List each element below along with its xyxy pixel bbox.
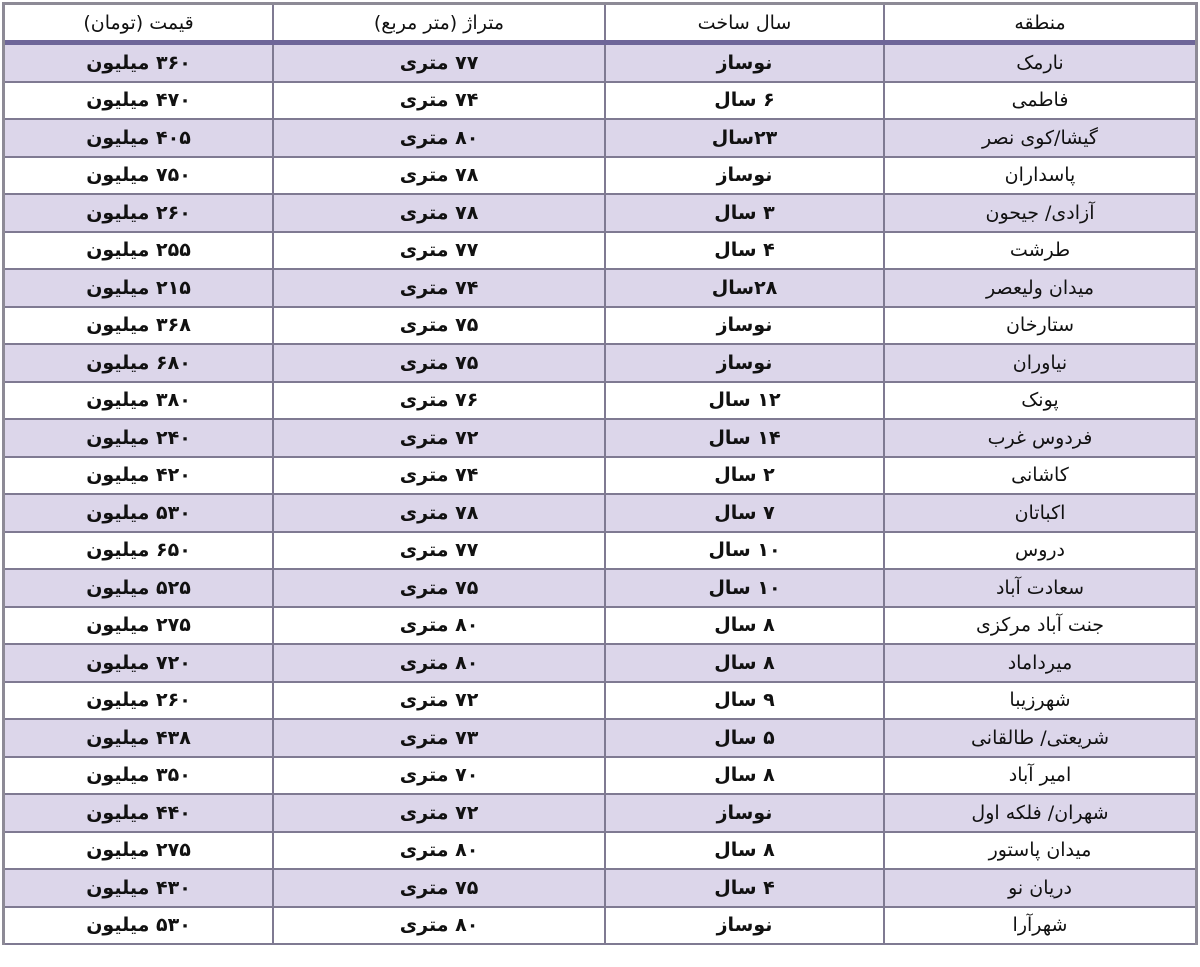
cell-price: ۳۶۸ میلیون bbox=[5, 308, 272, 344]
table-row: پاسداراننوساز۷۸ متری۷۵۰ میلیون bbox=[5, 158, 1195, 196]
table-row: نیاوراننوساز۷۵ متری۶۸۰ میلیون bbox=[5, 345, 1195, 383]
table-row: پونک۱۲ سال۷۶ متری۳۸۰ میلیون bbox=[5, 383, 1195, 421]
cell-size: ۷۳ متری bbox=[272, 720, 604, 756]
cell-build-year: ۶ سال bbox=[604, 83, 883, 119]
cell-build-year: ۱۲ سال bbox=[604, 383, 883, 419]
cell-area: پونک bbox=[883, 383, 1195, 419]
cell-build-year: ۷ سال bbox=[604, 495, 883, 531]
header-size: متراژ (متر مربع) bbox=[272, 5, 604, 40]
cell-size: ۷۲ متری bbox=[272, 420, 604, 456]
cell-price: ۲۷۵ میلیون bbox=[5, 608, 272, 644]
table-row: دریان نو۴ سال۷۵ متری۴۳۰ میلیون bbox=[5, 870, 1195, 908]
cell-price: ۲۱۵ میلیون bbox=[5, 270, 272, 306]
cell-price: ۲۶۰ میلیون bbox=[5, 683, 272, 719]
cell-price: ۲۷۵ میلیون bbox=[5, 833, 272, 869]
cell-size: ۸۰ متری bbox=[272, 120, 604, 156]
cell-area: امیر آباد bbox=[883, 758, 1195, 794]
table-row: فاطمی۶ سال۷۴ متری۴۷۰ میلیون bbox=[5, 83, 1195, 121]
cell-price: ۳۸۰ میلیون bbox=[5, 383, 272, 419]
cell-price: ۴۳۸ میلیون bbox=[5, 720, 272, 756]
cell-size: ۷۷ متری bbox=[272, 233, 604, 269]
cell-price: ۲۴۰ میلیون bbox=[5, 420, 272, 456]
cell-build-year: ۱۰ سال bbox=[604, 533, 883, 569]
cell-area: دریان نو bbox=[883, 870, 1195, 906]
cell-price: ۴۰۵ میلیون bbox=[5, 120, 272, 156]
table-row: میرداماد۸ سال۸۰ متری۷۲۰ میلیون bbox=[5, 645, 1195, 683]
cell-price: ۵۲۵ میلیون bbox=[5, 570, 272, 606]
table-row: شهرزیبا۹ سال۷۲ متری۲۶۰ میلیون bbox=[5, 683, 1195, 721]
cell-area: شهرزیبا bbox=[883, 683, 1195, 719]
cell-build-year: ۵ سال bbox=[604, 720, 883, 756]
cell-size: ۸۰ متری bbox=[272, 908, 604, 944]
cell-area: میرداماد bbox=[883, 645, 1195, 681]
cell-size: ۷۷ متری bbox=[272, 45, 604, 81]
cell-area: ستارخان bbox=[883, 308, 1195, 344]
cell-size: ۷۵ متری bbox=[272, 870, 604, 906]
cell-area: شهران/ فلکه اول bbox=[883, 795, 1195, 831]
apartment-price-table: منطقه سال ساخت متراژ (متر مربع) قیمت (تو… bbox=[2, 2, 1198, 945]
cell-price: ۳۶۰ میلیون bbox=[5, 45, 272, 81]
cell-price: ۷۲۰ میلیون bbox=[5, 645, 272, 681]
cell-price: ۲۶۰ میلیون bbox=[5, 195, 272, 231]
cell-size: ۸۰ متری bbox=[272, 645, 604, 681]
cell-price: ۴۳۰ میلیون bbox=[5, 870, 272, 906]
cell-build-year: ۲ سال bbox=[604, 458, 883, 494]
table-row: دروس۱۰ سال۷۷ متری۶۵۰ میلیون bbox=[5, 533, 1195, 571]
cell-price: ۴۷۰ میلیون bbox=[5, 83, 272, 119]
cell-size: ۷۷ متری bbox=[272, 533, 604, 569]
cell-size: ۷۵ متری bbox=[272, 308, 604, 344]
cell-size: ۷۸ متری bbox=[272, 158, 604, 194]
cell-area: فردوس غرب bbox=[883, 420, 1195, 456]
table-row: سعادت آباد۱۰ سال۷۵ متری۵۲۵ میلیون bbox=[5, 570, 1195, 608]
cell-area: نارمک bbox=[883, 45, 1195, 81]
cell-area: پاسداران bbox=[883, 158, 1195, 194]
cell-build-year: نوساز bbox=[604, 308, 883, 344]
cell-price: ۲۵۵ میلیون bbox=[5, 233, 272, 269]
header-price: قیمت (تومان) bbox=[5, 5, 272, 40]
header-area: منطقه bbox=[883, 5, 1195, 40]
cell-build-year: ۸ سال bbox=[604, 645, 883, 681]
cell-area: فاطمی bbox=[883, 83, 1195, 119]
table-row: اکباتان۷ سال۷۸ متری۵۳۰ میلیون bbox=[5, 495, 1195, 533]
table-row: امیر آباد۸ سال۷۰ متری۳۵۰ میلیون bbox=[5, 758, 1195, 796]
cell-area: میدان پاستور bbox=[883, 833, 1195, 869]
cell-area: دروس bbox=[883, 533, 1195, 569]
table-row: میدان ولیعصر۲۸سال۷۴ متری۲۱۵ میلیون bbox=[5, 270, 1195, 308]
cell-size: ۸۰ متری bbox=[272, 608, 604, 644]
cell-size: ۷۴ متری bbox=[272, 458, 604, 494]
cell-size: ۷۵ متری bbox=[272, 345, 604, 381]
cell-build-year: ۱۴ سال bbox=[604, 420, 883, 456]
cell-area: جنت آباد مرکزی bbox=[883, 608, 1195, 644]
table-row: جنت آباد مرکزی۸ سال۸۰ متری۲۷۵ میلیون bbox=[5, 608, 1195, 646]
cell-size: ۷۸ متری bbox=[272, 495, 604, 531]
header-build-year: سال ساخت bbox=[604, 5, 883, 40]
cell-build-year: ۸ سال bbox=[604, 608, 883, 644]
table-row: شهران/ فلکه اولنوساز۷۲ متری۴۴۰ میلیون bbox=[5, 795, 1195, 833]
table-header-row: منطقه سال ساخت متراژ (متر مربع) قیمت (تو… bbox=[5, 5, 1195, 45]
cell-area: شهرآرا bbox=[883, 908, 1195, 944]
cell-price: ۵۳۰ میلیون bbox=[5, 908, 272, 944]
cell-build-year: ۲۳سال bbox=[604, 120, 883, 156]
cell-build-year: ۲۸سال bbox=[604, 270, 883, 306]
cell-price: ۵۳۰ میلیون bbox=[5, 495, 272, 531]
cell-area: میدان ولیعصر bbox=[883, 270, 1195, 306]
cell-size: ۷۰ متری bbox=[272, 758, 604, 794]
cell-size: ۷۲ متری bbox=[272, 795, 604, 831]
cell-build-year: نوساز bbox=[604, 345, 883, 381]
cell-size: ۷۴ متری bbox=[272, 83, 604, 119]
cell-build-year: ۳ سال bbox=[604, 195, 883, 231]
table-row: شهرآرانوساز۸۰ متری۵۳۰ میلیون bbox=[5, 908, 1195, 946]
cell-build-year: ۱۰ سال bbox=[604, 570, 883, 606]
cell-area: شریعتی/ طالقانی bbox=[883, 720, 1195, 756]
table-row: نارمکنوساز۷۷ متری۳۶۰ میلیون bbox=[5, 45, 1195, 83]
cell-build-year: ۸ سال bbox=[604, 758, 883, 794]
table-body: نارمکنوساز۷۷ متری۳۶۰ میلیونفاطمی۶ سال۷۴ … bbox=[5, 45, 1195, 945]
cell-build-year: نوساز bbox=[604, 908, 883, 944]
cell-area: سعادت آباد bbox=[883, 570, 1195, 606]
table-row: گیشا/کوی نصر۲۳سال۸۰ متری۴۰۵ میلیون bbox=[5, 120, 1195, 158]
cell-area: نیاوران bbox=[883, 345, 1195, 381]
cell-price: ۳۵۰ میلیون bbox=[5, 758, 272, 794]
cell-price: ۷۵۰ میلیون bbox=[5, 158, 272, 194]
cell-size: ۷۶ متری bbox=[272, 383, 604, 419]
cell-price: ۴۴۰ میلیون bbox=[5, 795, 272, 831]
table-row: آزادی/ جیحون۳ سال۷۸ متری۲۶۰ میلیون bbox=[5, 195, 1195, 233]
cell-size: ۷۴ متری bbox=[272, 270, 604, 306]
table-row: فردوس غرب۱۴ سال۷۲ متری۲۴۰ میلیون bbox=[5, 420, 1195, 458]
cell-size: ۷۸ متری bbox=[272, 195, 604, 231]
table-row: شریعتی/ طالقانی۵ سال۷۳ متری۴۳۸ میلیون bbox=[5, 720, 1195, 758]
cell-build-year: ۴ سال bbox=[604, 233, 883, 269]
cell-area: طرشت bbox=[883, 233, 1195, 269]
table-row: ستارخاننوساز۷۵ متری۳۶۸ میلیون bbox=[5, 308, 1195, 346]
cell-price: ۶۵۰ میلیون bbox=[5, 533, 272, 569]
cell-build-year: نوساز bbox=[604, 45, 883, 81]
table-row: طرشت۴ سال۷۷ متری۲۵۵ میلیون bbox=[5, 233, 1195, 271]
cell-price: ۴۲۰ میلیون bbox=[5, 458, 272, 494]
table-row: کاشانی۲ سال۷۴ متری۴۲۰ میلیون bbox=[5, 458, 1195, 496]
cell-price: ۶۸۰ میلیون bbox=[5, 345, 272, 381]
cell-build-year: نوساز bbox=[604, 795, 883, 831]
cell-size: ۷۵ متری bbox=[272, 570, 604, 606]
cell-area: کاشانی bbox=[883, 458, 1195, 494]
cell-size: ۷۲ متری bbox=[272, 683, 604, 719]
table-row: میدان پاستور۸ سال۸۰ متری۲۷۵ میلیون bbox=[5, 833, 1195, 871]
cell-build-year: ۹ سال bbox=[604, 683, 883, 719]
cell-build-year: نوساز bbox=[604, 158, 883, 194]
cell-area: گیشا/کوی نصر bbox=[883, 120, 1195, 156]
cell-area: آزادی/ جیحون bbox=[883, 195, 1195, 231]
cell-area: اکباتان bbox=[883, 495, 1195, 531]
cell-build-year: ۴ سال bbox=[604, 870, 883, 906]
cell-size: ۸۰ متری bbox=[272, 833, 604, 869]
cell-build-year: ۸ سال bbox=[604, 833, 883, 869]
